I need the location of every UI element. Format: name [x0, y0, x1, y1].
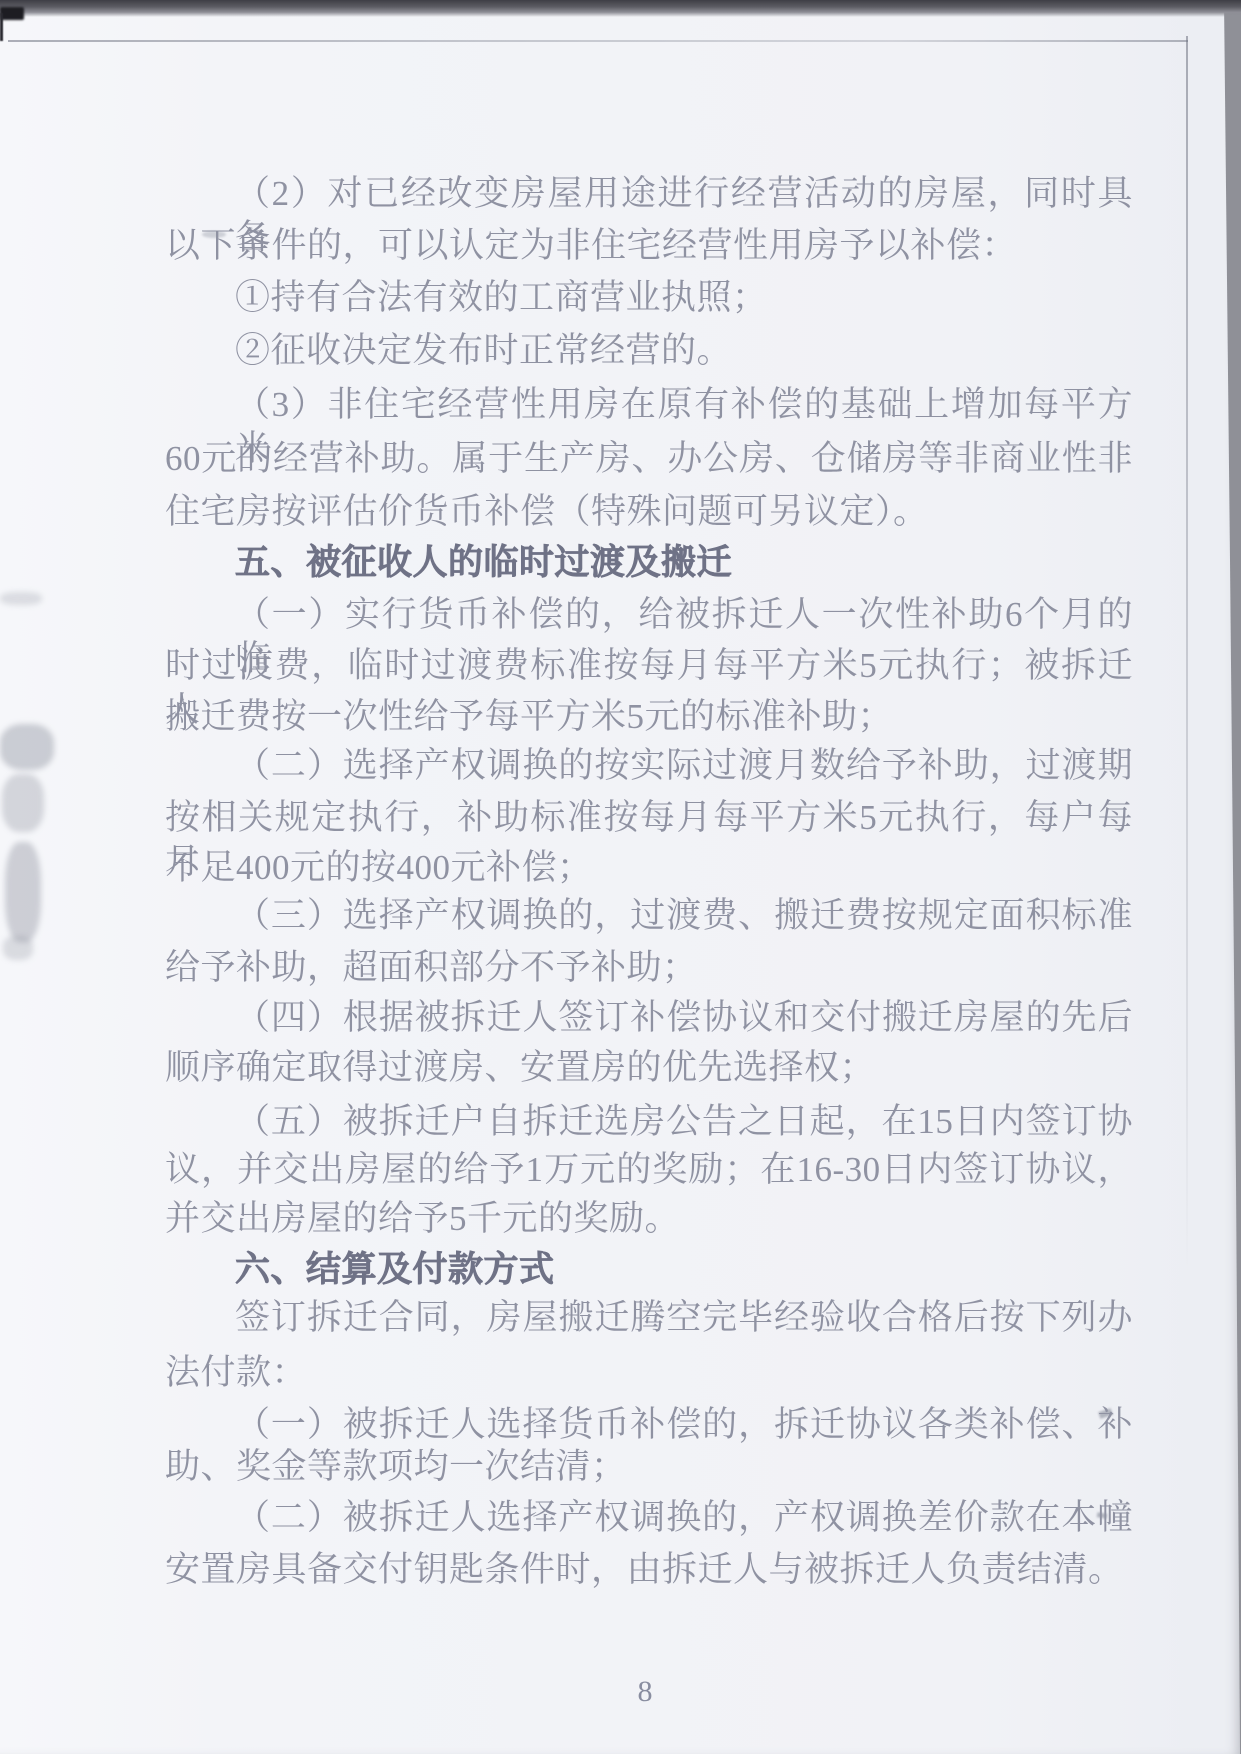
text-line: 搬迁费按一次性给予每平方米5元的标准补助；	[165, 695, 1133, 739]
text-line: 不足400元的按400元补偿；	[165, 846, 1133, 890]
text-line: 助、奖金等款项均一次结清；	[165, 1445, 1133, 1489]
text-line: 并交出房屋的给予5千元的奖励。	[165, 1197, 1133, 1241]
scan-background: （2）对已经改变房屋用途进行经营活动的房屋，同时具备 以下条件的，可以认定为非住…	[0, 0, 1241, 1754]
text-line: 议，并交出房屋的给予1万元的奖励；在16-30日内签订协议，	[165, 1148, 1133, 1192]
text-line: ①持有合法有效的工商营业执照；	[165, 276, 1133, 320]
text-line: ②征收决定发布时正常经营的。	[165, 329, 1133, 373]
section-heading: 六、结算及付款方式	[165, 1248, 1133, 1292]
text-line: 60元的经营补助。属于生产房、办公房、仓储房等非商业性非	[165, 437, 1133, 481]
text-line: 住宅房按评估价货币补偿（特殊问题可另议定）。	[165, 490, 1133, 534]
text-line: （二）选择产权调换的按实际过渡月数给予补助，过渡期	[165, 744, 1133, 788]
text-line: 签订拆迁合同，房屋搬迁腾空完毕经验收合格后按下列办	[165, 1296, 1133, 1340]
page-number: 8	[620, 1675, 670, 1709]
text-line: 法付款：	[165, 1351, 1133, 1395]
text-line: 安置房具备交付钥匙条件时，由拆迁人与被拆迁人负责结清。	[165, 1548, 1133, 1592]
text-line: （二）被拆迁人选择产权调换的，产权调换差价款在本幢	[165, 1496, 1133, 1540]
text-line: （五）被拆迁户自拆迁选房公告之日起，在15日内签订协	[165, 1100, 1133, 1144]
document-text: （2）对已经改变房屋用途进行经营活动的房屋，同时具备 以下条件的，可以认定为非住…	[0, 0, 1241, 1754]
text-line: 给予补助，超面积部分不予补助；	[165, 946, 1133, 990]
text-line: （一）被拆迁人选择货币补偿的，拆迁协议各类补偿、补	[165, 1403, 1133, 1447]
section-heading: 五、被征收人的临时过渡及搬迁	[165, 541, 1133, 585]
text-line: 顺序确定取得过渡房、安置房的优先选择权；	[165, 1046, 1133, 1090]
text-line: （四）根据被拆迁人签订补偿协议和交付搬迁房屋的先后	[165, 996, 1133, 1040]
text-line: （三）选择产权调换的，过渡费、搬迁费按规定面积标准	[165, 894, 1133, 938]
text-line: 以下条件的，可以认定为非住宅经营性用房予以补偿：	[165, 224, 1133, 268]
